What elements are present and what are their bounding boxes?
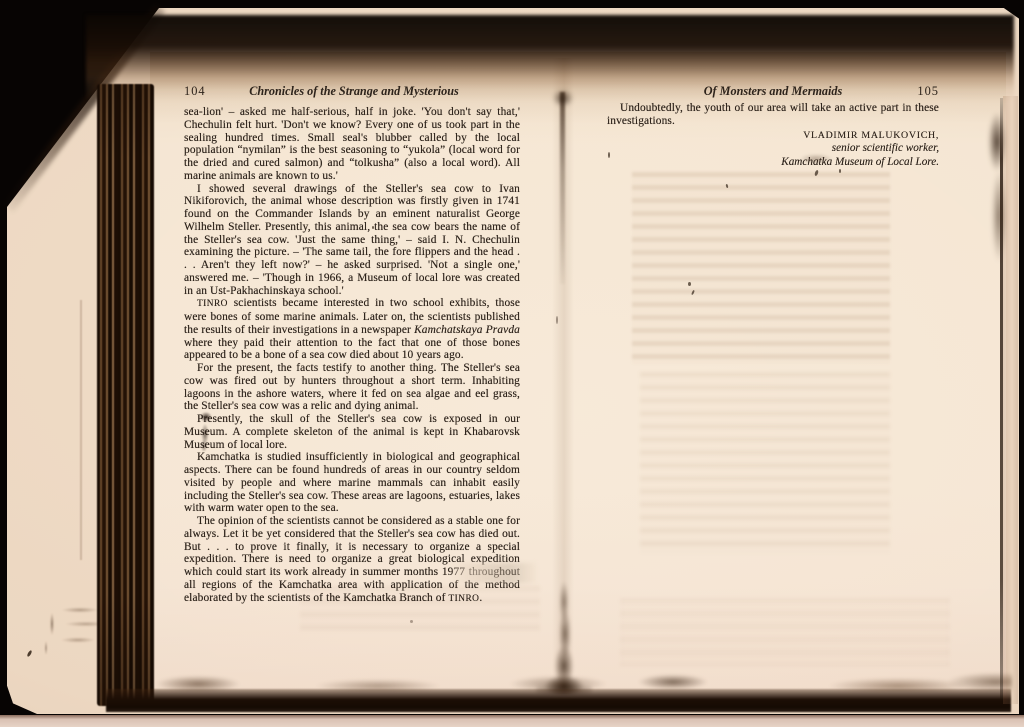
signature-line: Kamchatka Museum of Local Lore. xyxy=(607,156,939,169)
right-page-number: 105 xyxy=(917,84,939,99)
signature-line: senior scientific worker, xyxy=(607,142,939,155)
paragraph: TINRO scientists became interested in tw… xyxy=(184,297,520,362)
gutter-top-streak xyxy=(560,92,565,284)
signature-line: VLADIMIR MALUKOVICH, xyxy=(607,129,939,142)
paragraph: sea-lion' – asked me half-serious, half … xyxy=(184,106,520,183)
ink-fleck xyxy=(556,316,558,324)
paragraph: The opinion of the scientists cannot be … xyxy=(184,515,520,605)
signature-block: VLADIMIR MALUKOVICH,senior scientific wo… xyxy=(607,129,939,169)
page-edges-band xyxy=(97,84,154,706)
ink-blot xyxy=(194,409,218,451)
bottom-blotches xyxy=(128,660,1012,692)
ink-fleck xyxy=(839,169,841,173)
right-page-body: Undoubtedly, the youth of our area will … xyxy=(607,102,939,128)
paragraph: I showed several drawings of the Steller… xyxy=(184,183,520,298)
paragraph: Undoubtedly, the youth of our area will … xyxy=(607,102,939,128)
right-top-smear xyxy=(982,100,1010,276)
paragraph: For the present, the facts testify to an… xyxy=(184,362,520,413)
paper-crease xyxy=(80,300,82,560)
paragraph: Kamchatka is studied insufficiently in b… xyxy=(184,451,520,515)
faded-print-patch xyxy=(452,563,536,583)
right-running-title: Of Monsters and Mermaids xyxy=(607,84,939,99)
paragraph: Presently, the skull of the Steller's se… xyxy=(184,413,520,451)
ink-fleck xyxy=(410,620,413,623)
book-scan: 104 Chronicles of the Strange and Myster… xyxy=(0,0,1024,727)
left-page-body: sea-lion' – asked me half-serious, half … xyxy=(184,106,520,605)
bottom-scan-band xyxy=(106,689,1011,712)
scanner-bed-strip xyxy=(0,715,1024,727)
ink-fleck xyxy=(688,282,691,286)
left-running-head: 104 Chronicles of the Strange and Myster… xyxy=(184,84,524,100)
left-page-number: 104 xyxy=(184,84,206,99)
right-running-head: Of Monsters and Mermaids 105 xyxy=(607,84,939,100)
left-running-title: Chronicles of the Strange and Mysterious xyxy=(184,84,524,99)
signature-smudge xyxy=(788,149,844,168)
